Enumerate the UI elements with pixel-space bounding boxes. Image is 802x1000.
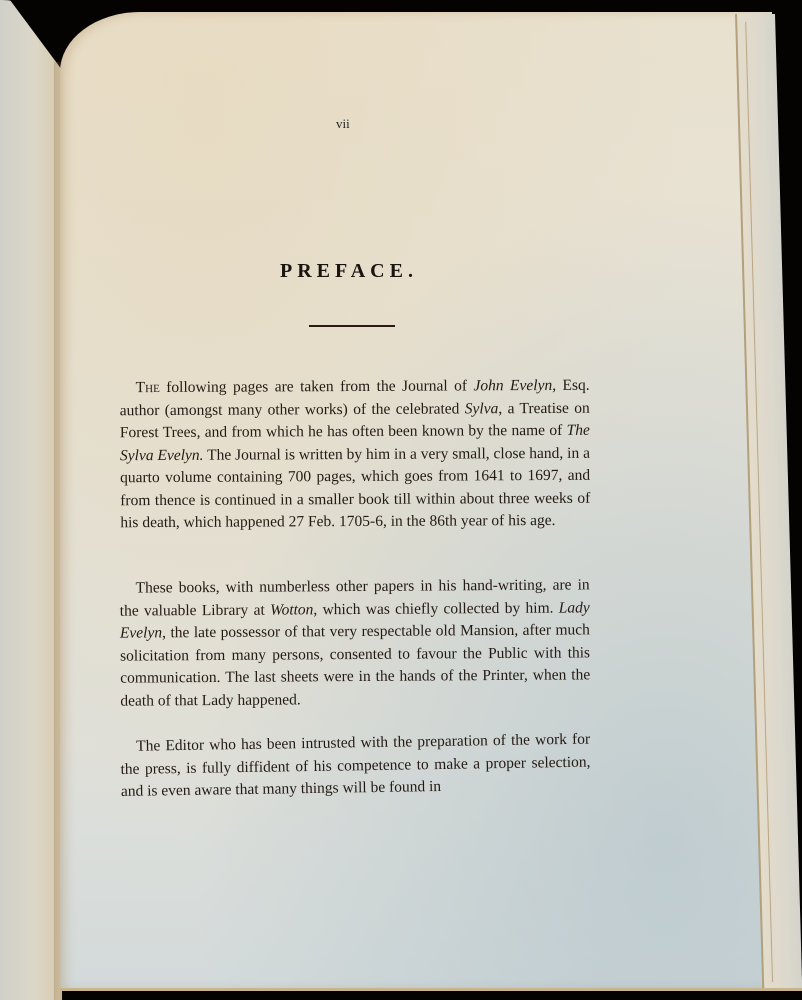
- paragraph-3: The Editor who has been intrusted with t…: [120, 729, 591, 804]
- title-rule-divider: [309, 325, 395, 327]
- text-segment: , which was chiefly collected by him.: [313, 599, 558, 618]
- text-segment: The: [136, 379, 160, 396]
- page-title: PREFACE.: [280, 260, 418, 283]
- paragraph-2: These books, with numberless other paper…: [120, 574, 591, 712]
- text-segment-italic: Sylva: [465, 400, 499, 417]
- text-segment-italic: John Evelyn: [473, 377, 552, 394]
- text-segment: , the late possessor of that very respec…: [120, 621, 590, 709]
- text-segment: The Editor who has been intrusted with t…: [120, 731, 590, 800]
- paragraph-text: These books, with numberless other paper…: [120, 574, 591, 712]
- paragraph-text: The Editor who has been intrusted with t…: [120, 729, 591, 804]
- left-page-edge: [0, 0, 62, 1000]
- text-segment: following pages are taken from the Journ…: [160, 377, 474, 396]
- paragraph-1: The following pages are taken from the J…: [120, 375, 591, 535]
- page-bottom-edge: [60, 988, 802, 991]
- book-gutter: [54, 62, 64, 1000]
- paragraph-text: The following pages are taken from the J…: [120, 375, 591, 535]
- text-segment-italic: Wotton: [270, 601, 313, 618]
- page-number: vii: [336, 116, 350, 132]
